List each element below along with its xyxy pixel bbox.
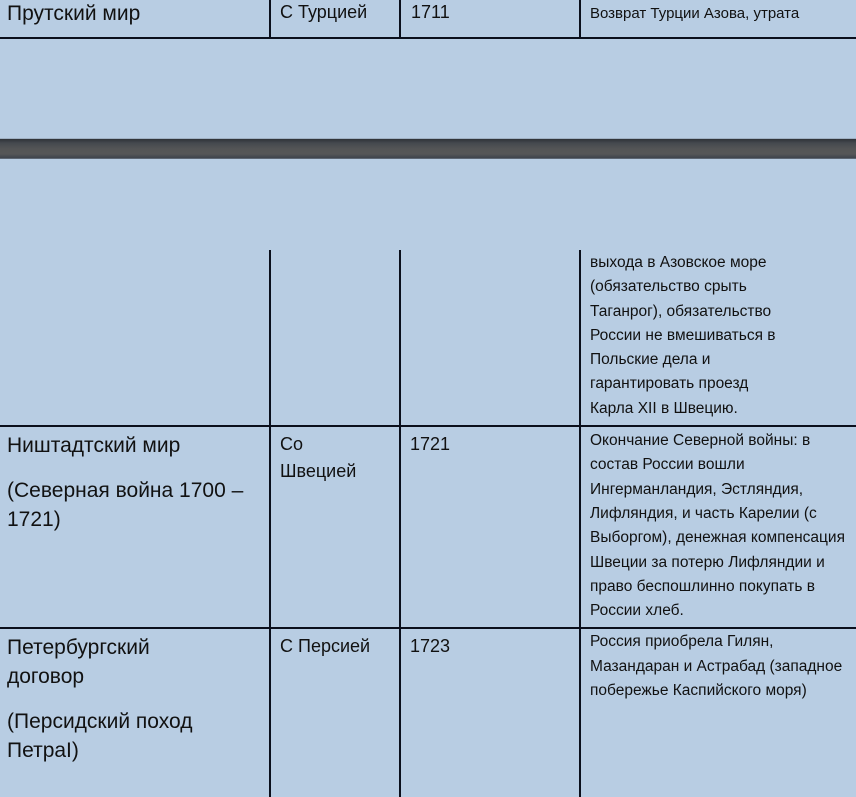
terms-line: (обязательство срыть xyxy=(590,275,856,299)
year-cell: 1723 xyxy=(400,628,580,797)
party-cell: С Персией xyxy=(270,628,400,797)
terms-line: России не вмешиваться в xyxy=(590,324,856,348)
treaty-cell: Петербургский договор (Персидский поход … xyxy=(0,628,270,797)
table-row: выхода в Азовское море (обязательство ср… xyxy=(0,250,856,426)
terms-line: Таганрог), обязательство xyxy=(590,300,856,324)
terms-text: Россия приобрела Гилян, Мазандаран и Аст… xyxy=(590,630,852,703)
party-cell xyxy=(270,250,400,426)
treaty-cell: Прутский мир xyxy=(0,0,270,38)
table-row: Петербургский договор (Персидский поход … xyxy=(0,628,856,797)
party-text: Со Швецией xyxy=(280,431,370,485)
terms-cell: Россия приобрела Гилян, Мазандаран и Аст… xyxy=(580,628,856,797)
party-cell: С Турцией xyxy=(270,0,400,38)
terms-line: Карла XII в Швецию. xyxy=(590,397,856,421)
terms-line: Польские дела и xyxy=(590,348,856,372)
terms-line: выхода в Азовское море xyxy=(590,251,856,275)
terms-text: Окончание Северной войны: в состав Росси… xyxy=(590,429,852,623)
war-name: (Северная война 1700 – 1721) xyxy=(7,476,257,534)
treaties-table-top: Прутский мир С Турцией 1711 Возврат Турц… xyxy=(0,0,856,39)
treaty-name: Петербургский договор xyxy=(7,633,197,691)
year-cell: 1721 xyxy=(400,426,580,628)
year-cell xyxy=(400,250,580,426)
year-cell: 1711 xyxy=(400,0,580,38)
terms-cell: выхода в Азовское море (обязательство ср… xyxy=(580,250,856,426)
party-cell: Со Швецией xyxy=(270,426,400,628)
page-break-divider xyxy=(0,138,856,159)
terms-cell: Окончание Северной войны: в состав Росси… xyxy=(580,426,856,628)
treaties-table: выхода в Азовское море (обязательство ср… xyxy=(0,250,856,797)
war-name: (Персидский поход ПетраI) xyxy=(7,707,247,765)
terms-line: гарантировать проезд xyxy=(590,372,856,396)
table-row: Ништадтский мир (Северная война 1700 – 1… xyxy=(0,426,856,628)
treaty-cell: Ништадтский мир (Северная война 1700 – 1… xyxy=(0,426,270,628)
terms-cell: Возврат Турции Азова, утрата xyxy=(580,0,856,38)
table-row: Прутский мир С Турцией 1711 Возврат Турц… xyxy=(0,0,856,38)
treaty-name: Ништадтский мир xyxy=(7,431,261,460)
treaty-cell xyxy=(0,250,270,426)
